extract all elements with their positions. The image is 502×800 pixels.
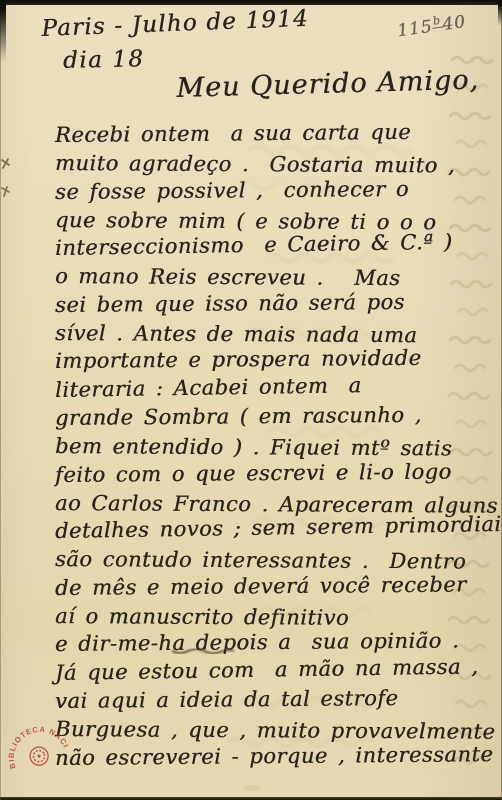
letter-line: Recebi ontem a sua carta que [55, 117, 495, 149]
letter-line: literaria : Acabei ontem a [55, 369, 495, 404]
letter-line: interseccionismo e Caeiro & C.ª ) [55, 227, 495, 262]
scan-corner-top-right [498, 0, 502, 26]
catalog-number: 115b40 [396, 10, 467, 41]
scan-edge-left [0, 0, 1, 800]
day-line: dia 18 [63, 46, 145, 74]
letter-line: de mês e meio deverá você receber [55, 570, 495, 602]
catalog-base: 115 [396, 17, 434, 42]
letter-line: vai aqui a ideia da tal estrofe [55, 683, 495, 715]
letter-line: detalhes novos ; sem serem primordiais [55, 510, 495, 545]
salutation: Meu Querido Amigo, [176, 65, 479, 104]
stamp-emblem [27, 744, 51, 768]
catalog-rest: 40 [441, 12, 467, 35]
letter-line: sei bem que isso não será pos [55, 287, 495, 319]
letter-line: feito com o que escrevi e li-o logo [55, 457, 495, 489]
letter-body: Recebi ontem a sua carta que muito agrad… [55, 121, 495, 772]
letter-line: não escreverei - porque , interessante , [55, 740, 495, 772]
letter-line: grande Sombra ( em rascunho , [55, 400, 495, 432]
letter-line: se fosse possivel , conhecer o [55, 174, 495, 206]
letter-page: Paris - Julho de 1914 dia 18 115b40 Meu … [0, 0, 502, 800]
place-date-line: Paris - Julho de 1914 [41, 6, 309, 42]
scan-edge-top [0, 0, 502, 5]
letter-line: Já que estou com a mão na massa , [55, 652, 495, 687]
scan-corner-top-left [0, 0, 6, 62]
